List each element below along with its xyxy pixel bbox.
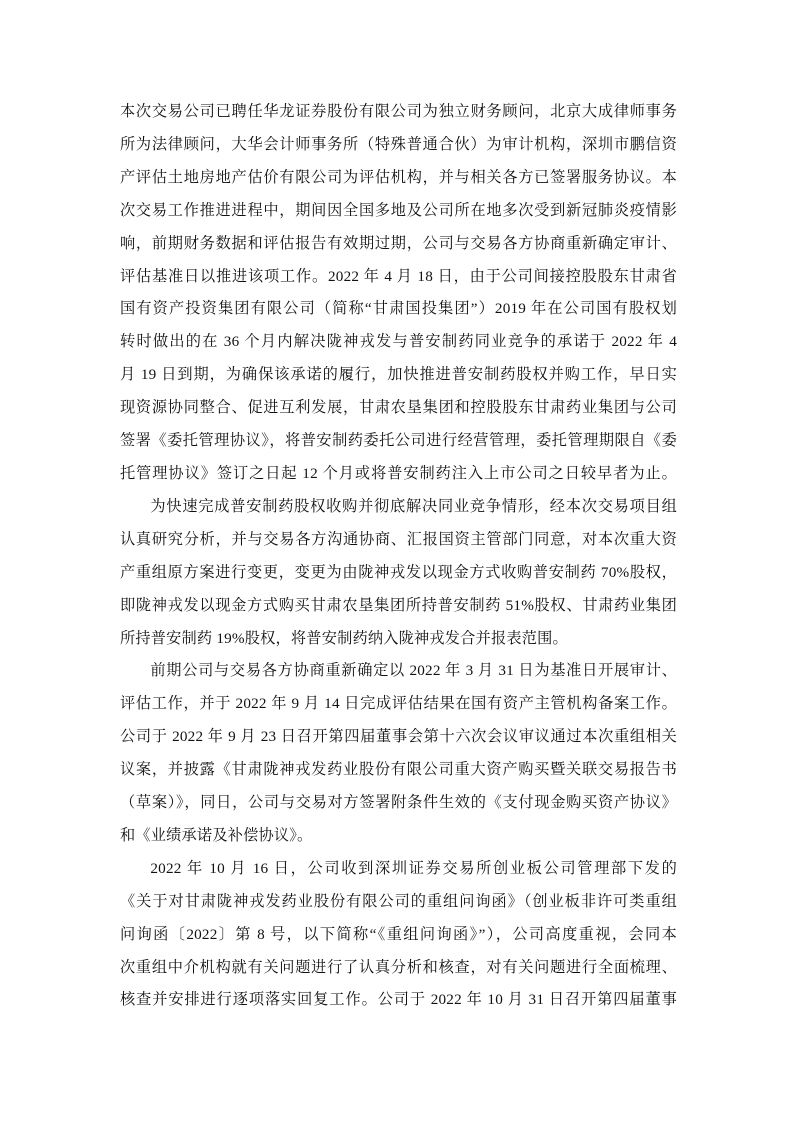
paragraph: 2022 年 10 月 16 日，公司收到深圳证券交易所创业板公司管理部下发的《… xyxy=(120,853,677,1018)
text-line: 月 19 日到期，为确保该承诺的履行，加快推进普安制药股权并购工作，早日实 xyxy=(120,359,677,392)
document-page: 本次交易公司已聘任华龙证券股份有限公司为独立财务顾问，北京大成律师事务所为法律顾… xyxy=(0,0,793,1122)
text-line: 公司于 2022 年 9 月 23 日召开第四届董事会第十六次会议审议通过本次重… xyxy=(120,721,677,754)
text-line: 次交易工作推进进程中，期间因全国多地及公司所在地多次受到新冠肺炎疫情影 xyxy=(120,195,677,228)
text-line: 现资源协同整合、促进互利发展，甘肃农垦集团和控股股东甘肃药业集团与公司 xyxy=(120,392,677,425)
text-line: 响，前期财务数据和评估报告有效期过期，公司与交易各方协商重新确定审计、 xyxy=(120,228,677,261)
text-line: 2022 年 10 月 16 日，公司收到深圳证券交易所创业板公司管理部下发的 xyxy=(120,853,677,886)
paragraph: 前期公司与交易各方协商重新确定以 2022 年 3 月 31 日为基准日开展审计… xyxy=(120,655,677,852)
text-line: 产重组原方案进行变更，变更为由陇神戎发以现金方式收购普安制药 70%股权， xyxy=(120,557,677,590)
text-line: 为快速完成普安制药股权收购并彻底解决同业竞争情形，经本次交易项目组 xyxy=(120,491,677,524)
text-line: 前期公司与交易各方协商重新确定以 2022 年 3 月 31 日为基准日开展审计… xyxy=(120,655,677,688)
text-line: 《关于对甘肃陇神戎发药业股份有限公司的重组问询函》（创业板非许可类重组 xyxy=(120,886,677,919)
text-line: 评估工作，并于 2022 年 9 月 14 日完成评估结果在国有资产主管机构备案… xyxy=(120,688,677,721)
text-line: 托管理协议》签订之日起 12 个月或将普安制药注入上市公司之日较早者为止。 xyxy=(120,458,677,491)
text-line: 问询函〔2022〕第 8 号，以下简称“《重组问询函》”），公司高度重视，会同本 xyxy=(120,919,677,952)
text-line: 所持普安制药 19%股权，将普安制药纳入陇神戎发合并报表范围。 xyxy=(120,623,677,656)
text-line: 签署《委托管理协议》，将普安制药委托公司进行经营管理，委托管理期限自《委 xyxy=(120,425,677,458)
text-line: 议案，并披露《甘肃陇神戎发药业股份有限公司重大资产购买暨关联交易报告书 xyxy=(120,754,677,787)
text-line: 国有资产投资集团有限公司（简称“甘肃国投集团”）2019 年在公司国有股权划 xyxy=(120,293,677,326)
text-line: 评估基准日以推进该项工作。2022 年 4 月 18 日，由于公司间接控股股东甘… xyxy=(120,261,677,294)
text-line: 转时做出的在 36 个月内解决陇神戎发与普安制药同业竞争的承诺于 2022 年 … xyxy=(120,326,677,359)
text-line: 所为法律顾问，大华会计师事务所（特殊普通合伙）为审计机构，深圳市鹏信资 xyxy=(120,129,677,162)
text-line: 认真研究分析，并与交易各方沟通协商、汇报国资主管部门同意，对本次重大资 xyxy=(120,524,677,557)
text-line: （草案）》，同日，公司与交易对方签署附条件生效的《支付现金购买资产协议》 xyxy=(120,787,677,820)
text-line: 次重组中介机构就有关问题进行了认真分析和核查，对有关问题进行全面梳理、 xyxy=(120,952,677,985)
text-line: 核查并安排进行逐项落实回复工作。公司于 2022 年 10 月 31 日召开第四… xyxy=(120,984,677,1017)
text-line: 产评估土地房地产估价有限公司为评估机构，并与相关各方已签署服务协议。本 xyxy=(120,162,677,195)
document-body: 本次交易公司已聘任华龙证券股份有限公司为独立财务顾问，北京大成律师事务所为法律顾… xyxy=(120,96,677,1017)
text-line: 即陇神戎发以现金方式购买甘肃农垦集团所持普安制药 51%股权、甘肃药业集团 xyxy=(120,590,677,623)
paragraph: 为快速完成普安制药股权收购并彻底解决同业竞争情形，经本次交易项目组认真研究分析，… xyxy=(120,491,677,656)
text-line: 和《业绩承诺及补偿协议》。 xyxy=(120,820,677,853)
paragraph: 本次交易公司已聘任华龙证券股份有限公司为独立财务顾问，北京大成律师事务所为法律顾… xyxy=(120,96,677,491)
text-line: 本次交易公司已聘任华龙证券股份有限公司为独立财务顾问，北京大成律师事务 xyxy=(120,96,677,129)
